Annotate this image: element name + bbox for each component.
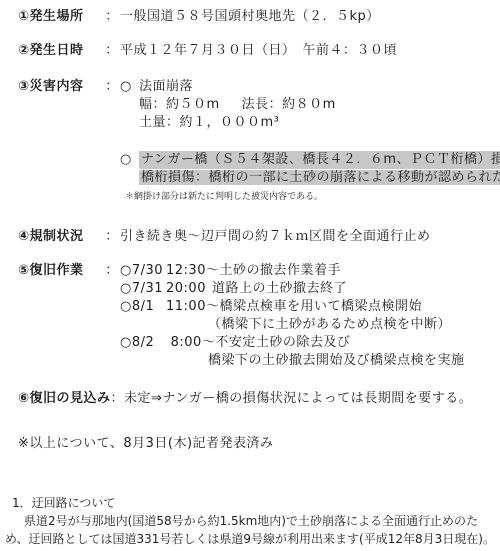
item3-content: ○ 法面崩落 幅：約５０m 法長：約８０m 土量：約１，０００m³ ○ ナンガー… xyxy=(120,78,496,203)
recovery-entry: ○7/31 20:00 道路上の土砂撤去終了 xyxy=(120,280,496,298)
slope-width: 幅：約５０m xyxy=(139,96,220,114)
recovery-entry-time: 11:00～ xyxy=(166,298,219,316)
slope-collapse-title-row: ○ 法面崩落 xyxy=(120,78,496,96)
recovery-entry-text: 橋梁下の土砂撤去開始及び橋梁点検を実施 xyxy=(208,353,465,368)
detour-paragraph-line1: 県道2号が与那地内(国道58号から約1.5km地内)で土砂崩落による全面通行止め… xyxy=(12,512,496,530)
recovery-entry-date: ○8/1 xyxy=(120,298,166,316)
item4-content: 引き続き奥～辺戸間の約７ｋｍ区間を全面通行止め xyxy=(120,228,496,246)
detour-paragraph-line2: め、迂回路としては国道331号若しくは県道9号線が利用出来ます(平成12年8月3… xyxy=(5,530,496,548)
recovery-entry-text: 橋梁点検車を用いて橋梁点検開始 xyxy=(219,298,422,316)
item6-colon: ： xyxy=(111,391,125,406)
slope-dimensions-line1: 幅：約５０m 法長：約８０m xyxy=(139,96,496,114)
item1-colon: ： xyxy=(104,8,120,26)
item2-content: 平成１２年７月３０日（日） 午前４：３０頃 xyxy=(120,42,496,60)
item3-colon: ： xyxy=(104,78,120,96)
item-occurrence-place: ①発生場所 ： 一般国道５８号国頭村奥地先（２．５kp） xyxy=(18,8,496,26)
detour-section: 1．迂回路について 県道2号が与那地内(国道58号から約1.5km地内)で土砂崩… xyxy=(18,494,496,548)
slope-volume: 土量：約１，０００m³ xyxy=(139,115,279,130)
item-disaster-detail: ③災害内容 ： ○ 法面崩落 幅：約５０m 法長：約８０m 土量：約１，０００m… xyxy=(18,78,496,203)
recovery-entry: ○8/2 8:00～ 不安定土砂の除去及び xyxy=(120,334,496,352)
recovery-entries: ○7/30 12:30～ 土砂の撤去作業着手 ○7/31 20:00 道路上の土… xyxy=(120,262,496,370)
press-release-note: ※以上について、8月3日(木)記者発表済み xyxy=(18,435,496,453)
recovery-entry-text: 不安定土砂の除去及び xyxy=(215,334,350,352)
item2-colon: ： xyxy=(104,42,120,60)
disaster-report-document: ①発生場所 ： 一般国道５８号国頭村奥地先（２．５kp） ②発生日時 ： 平成１… xyxy=(0,0,500,551)
recovery-entry-date: ○7/30 xyxy=(120,262,166,280)
bridge-damage-block: ○ ナンガー橋（Ｓ５４架設、橋長４２．６m、ＰＣＴ桁橋）損傷 橋桁損傷：橋桁の一… xyxy=(120,151,496,203)
item5-label: ⑤復旧作業 xyxy=(18,262,104,280)
slope-collapse-title: 法面崩落 xyxy=(139,78,193,96)
item6-content: 未定⇒ナンガー橋の損傷状況によっては長期間を要する。 xyxy=(124,391,472,406)
recovery-entry-date: ○7/31 xyxy=(120,280,166,298)
recovery-entry-time: 20:00 xyxy=(166,280,212,298)
recovery-entry-time: 12:30～ xyxy=(166,262,219,280)
item-recovery-outlook: ⑥復旧の見込み：未定⇒ナンガー橋の損傷状況によっては長期間を要する。 xyxy=(18,390,496,408)
bridge-damage-line2: 橋桁損傷：橋桁の一部に土砂の崩落による移動が認められた。 xyxy=(139,170,500,185)
slope-length: 法長：約８０m xyxy=(242,96,336,114)
recovery-entry-text: 道路上の土砂撤去終了 xyxy=(212,280,347,298)
bridge-damage-line2-row: 橋桁損傷：橋桁の一部に土砂の崩落による移動が認められた。 xyxy=(139,169,496,187)
recovery-entry: ○7/30 12:30～ 土砂の撤去作業着手 xyxy=(120,262,496,280)
circle-bullet-icon: ○ xyxy=(120,151,139,169)
recovery-entry-continuation: （橋梁下に土砂があるため点検を中断） xyxy=(208,316,496,334)
item3-label: ③災害内容 xyxy=(18,78,104,96)
shading-footnote: ＊網掛け部分は新たに判明した被災内容である。 xyxy=(125,191,496,203)
item1-content: 一般国道５８号国頭村奥地先（２．５kp） xyxy=(120,8,496,26)
circle-bullet-icon: ○ xyxy=(120,78,139,96)
item2-label: ②発生日時 xyxy=(18,42,104,60)
recovery-entry: ○8/1 11:00～ 橋梁点検車を用いて橋梁点検開始 xyxy=(120,298,496,316)
detour-heading: 1．迂回路について xyxy=(12,494,496,512)
recovery-entry-time: 8:00～ xyxy=(166,334,215,352)
item-regulation-status: ④規制状況 ： 引き続き奥～辺戸間の約７ｋｍ区間を全面通行止め xyxy=(18,228,496,246)
bridge-damage-title-row: ○ ナンガー橋（Ｓ５４架設、橋長４２．６m、ＰＣＴ桁橋）損傷 xyxy=(120,151,496,169)
item-recovery-work: ⑤復旧作業 ： ○7/30 12:30～ 土砂の撤去作業着手 ○7/31 20:… xyxy=(18,262,496,370)
recovery-entry-text: （橋梁下に土砂があるため点検を中断） xyxy=(208,317,451,332)
recovery-entry-date: ○8/2 xyxy=(120,334,166,352)
item4-label: ④規制状況 xyxy=(18,228,104,246)
item5-colon: ： xyxy=(104,262,120,280)
recovery-entry-continuation: 橋梁下の土砂撤去開始及び橋梁点検を実施 xyxy=(208,352,496,370)
item6-label: ⑥復旧の見込み xyxy=(18,391,111,406)
item4-colon: ： xyxy=(104,228,120,246)
recovery-entry-text: 土砂の撤去作業着手 xyxy=(219,262,341,280)
item-occurrence-datetime: ②発生日時 ： 平成１２年７月３０日（日） 午前４：３０頃 xyxy=(18,42,496,60)
slope-dimensions-line2: 土量：約１，０００m³ xyxy=(139,114,496,132)
bridge-damage-line1: ナンガー橋（Ｓ５４架設、橋長４２．６m、ＰＣＴ桁橋）損傷 xyxy=(139,151,500,169)
item1-label: ①発生場所 xyxy=(18,8,104,26)
